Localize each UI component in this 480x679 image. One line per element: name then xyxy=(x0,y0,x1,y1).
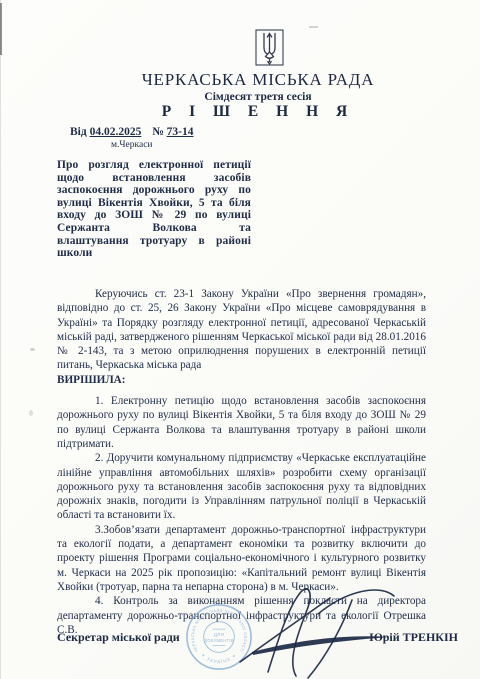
scan-speck-artifact xyxy=(309,26,318,28)
session-title: Сімдесят третя сесія xyxy=(38,91,478,103)
resolution-item-1: 1. Електронну петицію щодо встановлення … xyxy=(57,394,426,451)
scan-edge-artifact xyxy=(0,3,2,55)
document-type-title: Р І Ш Е Н Н Я xyxy=(38,103,478,121)
resolved-label: ВИРІШИЛА: xyxy=(57,373,426,387)
signer-title: Секретар міської ради xyxy=(57,630,180,645)
date-prefix: Від xyxy=(70,126,87,138)
scan-edge-artifact xyxy=(0,0,1,679)
date-line: Від 04.02.2025 № 73-14 м.Черкаси xyxy=(70,126,193,150)
signer-name: Юрій ТРЕНКІН xyxy=(369,630,458,645)
ukraine-trident-icon xyxy=(255,29,284,66)
document-date: 04.02.2025 xyxy=(90,126,142,138)
resolution-item-2: 2. Доручити комунальному підприємству «Ч… xyxy=(57,451,426,522)
org-name: ЧЕРКАСЬКА МІСЬКА РАДА xyxy=(38,70,478,90)
signature-block: Секретар міської ради Юрій ТРЕНКІН xyxy=(57,630,458,645)
number-sign: № xyxy=(152,126,164,138)
document-number: 73-14 xyxy=(167,126,194,138)
document-page: ЧЕРКАСЬКА МІСЬКА РАДА Сімдесят третя сес… xyxy=(0,0,480,679)
scan-speck-artifact xyxy=(30,348,35,351)
subject-paragraph: Про розгляд електронної петиції щодо вст… xyxy=(57,159,251,260)
city-label: м.Черкаси xyxy=(111,140,193,150)
preamble-paragraph: Керуючись ст. 23-1 Закону України «Про з… xyxy=(57,287,426,373)
scan-speck-artifact xyxy=(29,410,33,416)
